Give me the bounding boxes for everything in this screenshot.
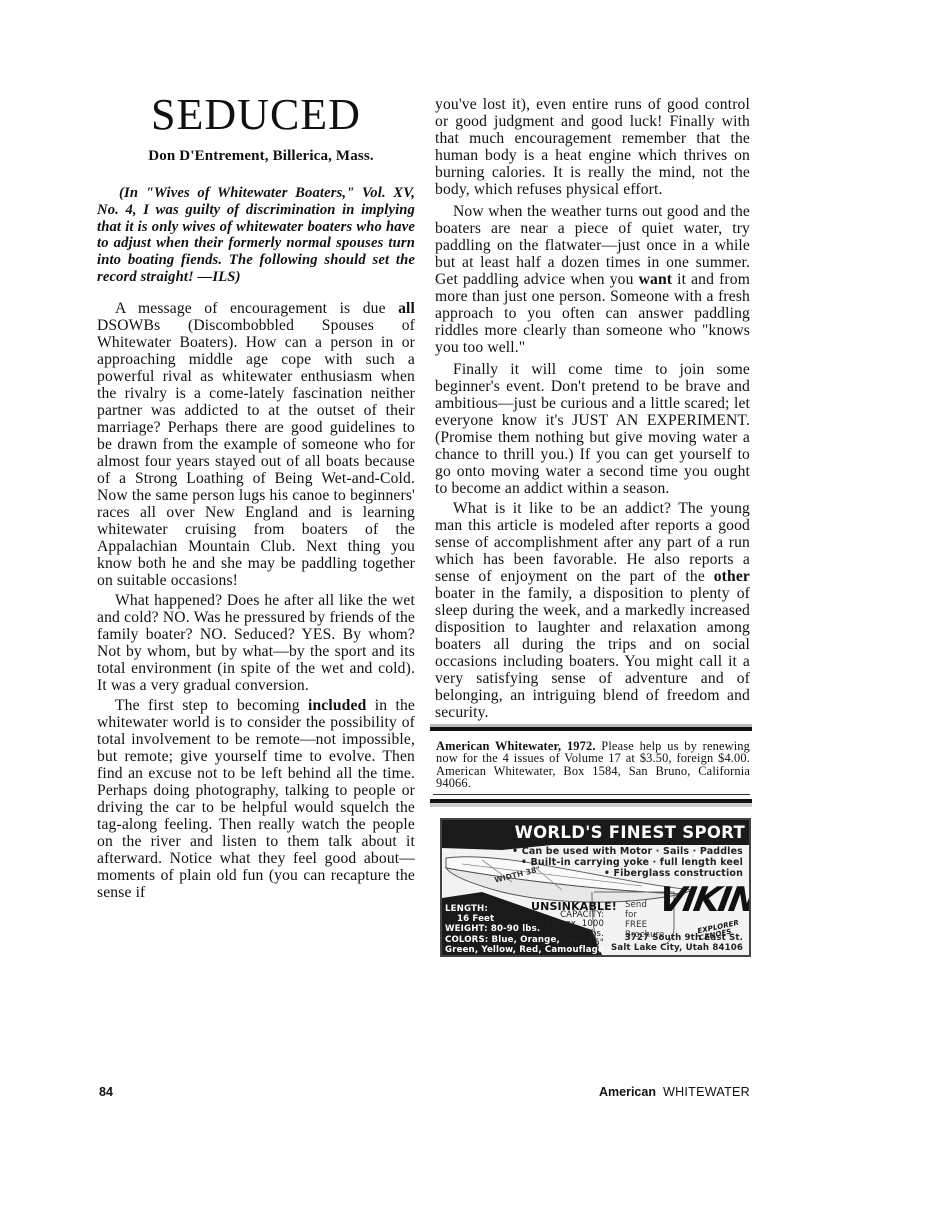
magazine-name-first: American (599, 1085, 656, 1099)
editor-note: (In "Wives of Whitewater Boaters," Vol. … (97, 185, 415, 286)
ad-features: • Can be used with Motor · Sails · Paddl… (512, 846, 743, 879)
emphasis-text: included (308, 697, 366, 714)
paragraph-text: A message of encouragement is due (115, 300, 398, 317)
emphasis-text: other (714, 568, 750, 585)
article-byline: Don D'Entrement, Billerica, Mass. (97, 148, 415, 165)
article-title: SEDUCED (97, 92, 415, 138)
magazine-name-second: WHITEWATER (663, 1085, 750, 1099)
emphasis-text: all (398, 300, 415, 317)
paragraph-text: DSOWBs (Discombobbled Spouses of Whitewa… (97, 317, 415, 589)
ad-spec-line: 16 Feet (445, 914, 604, 924)
paragraph-6: What is it like to be an addict? The you… (435, 500, 750, 721)
ad-spec-line: COLORS: Blue, Orange, (445, 935, 604, 945)
ad-spec-line: LENGTH: (445, 904, 604, 914)
paragraph-4: Now when the weather turns out good and … (435, 203, 750, 356)
divider-rule (430, 799, 752, 807)
ad-send-line: FREE (625, 920, 665, 930)
ad-specs: LENGTH: 16 Feet WEIGHT: 80-90 lbs. COLOR… (445, 904, 604, 955)
ad-address-line: 3727 South 9th East St. (611, 933, 743, 943)
paragraph-text: The first step to becoming (115, 697, 308, 714)
paragraph-3-start: The first step to becoming included in t… (97, 697, 415, 901)
left-column: SEDUCED Don D'Entrement, Billerica, Mass… (97, 92, 415, 904)
ad-spec-line: Green, Yellow, Red, Camouflage (445, 945, 604, 955)
paragraph-text: What is it like to be an addict? The you… (435, 500, 750, 585)
magazine-page: SEDUCED Don D'Entrement, Billerica, Mass… (0, 0, 935, 1210)
paragraph-1: A message of encouragement is due all DS… (97, 300, 415, 589)
ad-feature-item: • Built-in carrying yoke · full length k… (512, 857, 743, 868)
paragraph-3-continued: you've lost it), even entire runs of goo… (435, 96, 750, 198)
ad-address-line: Salt Lake City, Utah 84106 (611, 943, 743, 953)
ad-spec-line: WEIGHT: 80-90 lbs. (445, 924, 604, 934)
paragraph-5: Finally it will come time to join some b… (435, 361, 750, 497)
paragraph-text: boater in the family, a disposition to p… (435, 585, 750, 721)
ad-feature-item: • Fiberglass construction (512, 868, 743, 879)
ad-headline: WORLD'S FINEST SPORT CANOES (442, 820, 749, 845)
right-column: you've lost it), even entire runs of goo… (435, 96, 750, 957)
ad-feature-item: • Can be used with Motor · Sails · Paddl… (512, 846, 743, 857)
paragraph-text: in the whitewater world is to consider t… (97, 697, 415, 901)
page-number: 84 (99, 1085, 113, 1099)
paragraph-2: What happened? Does he after all like th… (97, 592, 415, 694)
viking-canoe-advertisement: WORLD'S FINEST SPORT CANOES • Can be use… (440, 818, 751, 957)
ad-address: 3727 South 9th East St. Salt Lake City, … (611, 933, 743, 953)
divider-rule (430, 724, 752, 731)
viking-logo: VIKING (658, 892, 751, 909)
magazine-footer-title: AmericanWHITEWATER (599, 1085, 750, 1099)
emphasis-text: want (639, 271, 673, 288)
subscription-notice: American Whitewater, 1972. Please help u… (433, 731, 750, 795)
